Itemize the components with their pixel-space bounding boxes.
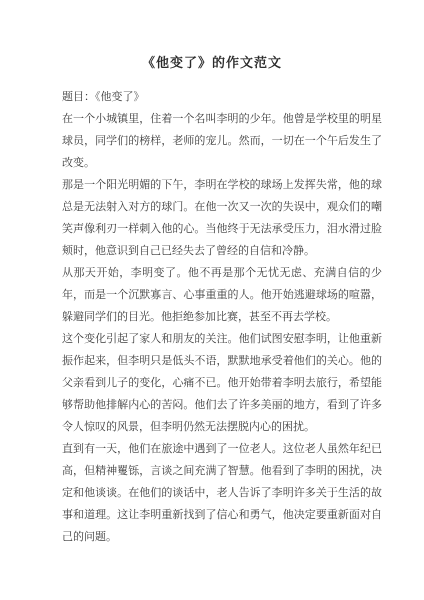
essay-paragraph-4: 这个变化引起了家人和朋友的关注。他们试图安慰李明，让他重新振作起来，但李明只是低… [62, 328, 382, 438]
essay-paragraph-5: 直到有一天，他们在旅途中遇到了一位老人。这位老人虽然年纪已高，但精神矍铄，言谈之… [62, 438, 382, 548]
essay-paragraph-1: 在一个小城镇里，住着一个名叫李明的少年。他曾是学校里的明星球员，同学们的榜样，老… [62, 108, 382, 174]
document-title: 《他变了》的作文范文 [0, 0, 424, 70]
essay-topic-line: 题目：《他变了》 [62, 86, 382, 108]
document-body: 题目：《他变了》 在一个小城镇里，住着一个名叫李明的少年。他曾是学校里的明星球员… [62, 86, 382, 548]
essay-paragraph-2: 那是一个阳光明媚的下午，李明在学校的球场上发挥失常，他的球总是无法射入对方的球门… [62, 174, 382, 262]
essay-paragraph-3: 从那天开始，李明变了。他不再是那个无忧无虑、充满自信的少年，而是一个沉默寡言、心… [62, 262, 382, 328]
document-page: 《他变了》的作文范文 题目：《他变了》 在一个小城镇里，住着一个名叫李明的少年。… [0, 0, 424, 600]
